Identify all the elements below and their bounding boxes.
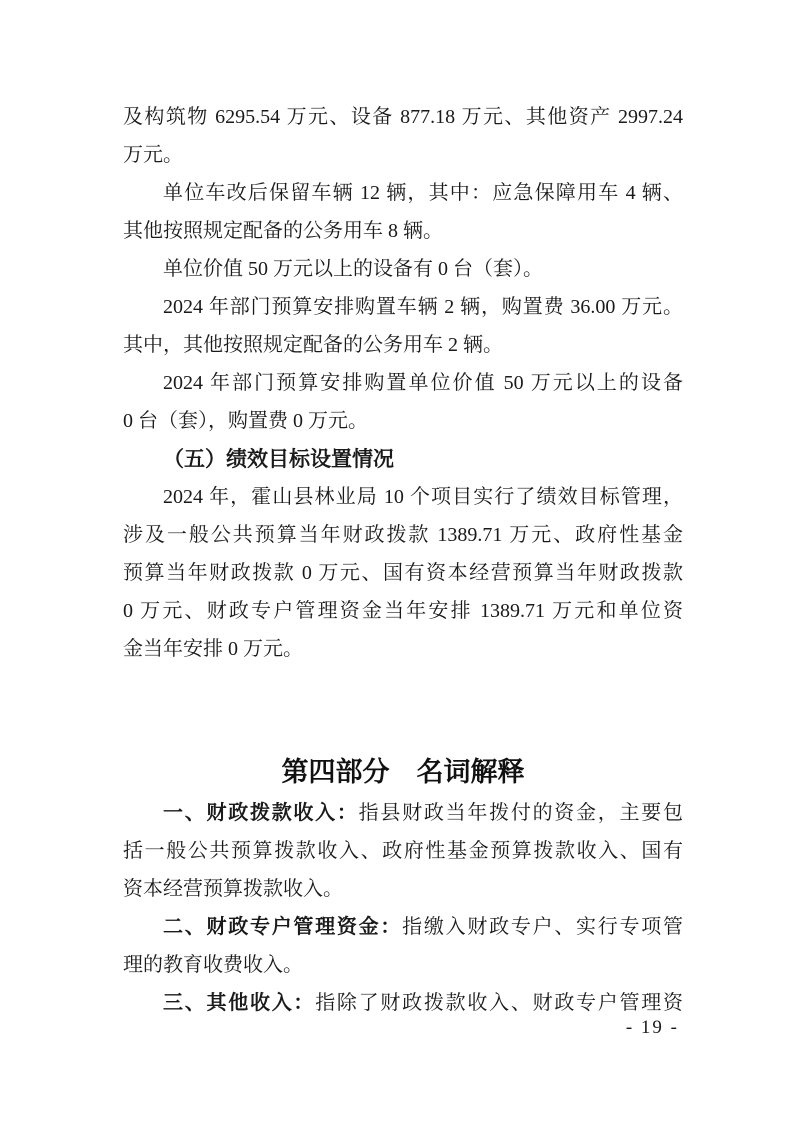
text-line: 预算当年财政拨款 0 万元、国有资本经营预算当年财政拨款 (123, 554, 683, 592)
text-line: 二、财政专户管理资金：指缴入财政专户、实行专项管 (123, 908, 683, 946)
text-line: 资本经营预算拨款收入。 (123, 870, 683, 908)
text-line: 括一般公共预算拨款收入、政府性基金预算拨款收入、国有 (123, 832, 683, 870)
text-line: 2024 年部门预算安排购置车辆 2 辆，购置费 36.00 万元。 (123, 288, 683, 326)
text-line: 及构筑物 6295.54 万元、设备 877.18 万元、其他资产 2997.2… (123, 98, 683, 136)
text-line: 一、财政拨款收入：指县财政当年拨付的资金，主要包 (123, 794, 683, 832)
text-line: 金当年安排 0 万元。 (123, 630, 683, 668)
text-line: 2024 年部门预算安排购置单位价值 50 万元以上的设备 (123, 364, 683, 402)
section-heading: 第四部分 名词解释 (123, 750, 683, 794)
text-line: 其他按照规定配备的公务用车 8 辆。 (123, 212, 683, 250)
text-line: 其中，其他按照规定配备的公务用车 2 辆。 (123, 326, 683, 364)
term-label: 三、其他收入： (163, 992, 315, 1014)
text-line: 2024 年，霍山县林业局 10 个项目实行了绩效目标管理， (123, 478, 683, 516)
text-line: 涉及一般公共预算当年财政拨款 1389.71 万元、政府性基金 (123, 516, 683, 554)
text-line: 0 万元、财政专户管理资金当年安排 1389.71 万元和单位资 (123, 592, 683, 630)
term-label: 二、财政专户管理资金： (163, 916, 402, 938)
term-label: 一、财政拨款收入： (163, 802, 359, 824)
document-body: 及构筑物 6295.54 万元、设备 877.18 万元、其他资产 2997.2… (123, 98, 683, 1022)
document-page: 及构筑物 6295.54 万元、设备 877.18 万元、其他资产 2997.2… (0, 0, 793, 1122)
subsection-heading: （五）绩效目标设置情况 (123, 440, 683, 478)
text-line: 单位车改后保留车辆 12 辆，其中：应急保障用车 4 辆、 (123, 174, 683, 212)
text-line: 万元。 (123, 136, 683, 174)
text-line: 单位价值 50 万元以上的设备有 0 台（套）。 (123, 250, 683, 288)
text-line: 理的教育收费收入。 (123, 946, 683, 984)
text-line: 0 台（套），购置费 0 万元。 (123, 402, 683, 440)
page-number: - 19 - (123, 1016, 679, 1040)
